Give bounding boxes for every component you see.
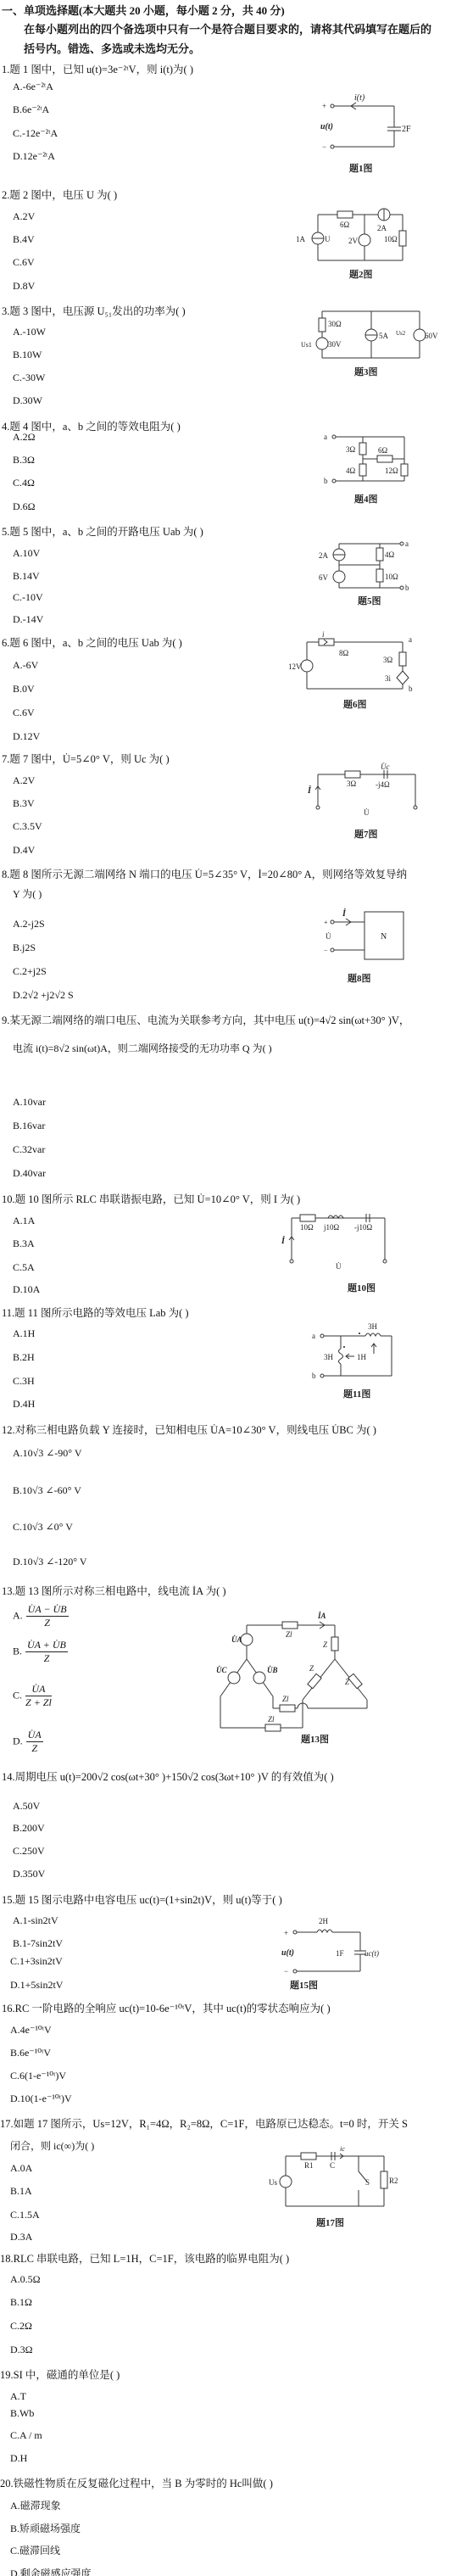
- question-17-option-d[interactable]: D.3A: [10, 2231, 32, 2244]
- svg-text:4Ω: 4Ω: [385, 550, 395, 559]
- question-18-option-a[interactable]: A.0.5Ω: [10, 2273, 41, 2286]
- figure-8-circuit: İ +− U̇N: [320, 909, 414, 960]
- section-instruction-2: 括号内。错选、多选或未选均无分。: [24, 40, 200, 56]
- svg-text:1F: 1F: [336, 1949, 344, 1958]
- option-label: D.: [13, 1735, 23, 1746]
- question-13-stem: 13.题 13 图所示对称三相电路中，线电流 İA 为( ): [2, 1583, 226, 1598]
- svg-text:İ: İ: [342, 908, 347, 919]
- svg-text:U̇: U̇: [336, 1262, 342, 1271]
- question-3-stem: 3.题 3 图中，电压源 U₅₁发出的功率为( ): [2, 303, 186, 318]
- question-8-stem-line-2: Y 为( ): [13, 886, 42, 901]
- fraction-numerator: U̇A: [25, 1683, 52, 1696]
- svg-text:10Ω: 10Ω: [384, 235, 398, 243]
- figure-11-circuit: ab 3H3H 1H: [312, 1323, 405, 1383]
- svg-text:60V: 60V: [425, 332, 438, 340]
- svg-text:−: −: [324, 947, 328, 954]
- question-16-option-b[interactable]: B.6e⁻¹⁰ᵗV: [10, 2047, 51, 2059]
- question-15-stem: 15.题 15 图示电路中电容电压 uc(t)=(1+sin2t)V，则 u(t…: [2, 1891, 282, 1907]
- svg-text:U̇: U̇: [364, 808, 370, 817]
- svg-text:3Ω: 3Ω: [383, 656, 393, 664]
- figure-15-caption: 题15图: [290, 1978, 318, 1992]
- question-13-option-c[interactable]: C.U̇AZ + Zl: [13, 1683, 52, 1709]
- svg-text:+: +: [324, 919, 328, 926]
- svg-text:-j10Ω: -j10Ω: [354, 1223, 372, 1232]
- svg-text:30Ω: 30Ω: [328, 320, 342, 328]
- svg-text:a: a: [312, 1332, 315, 1340]
- svg-text:2A: 2A: [319, 551, 329, 560]
- question-18-option-b[interactable]: B.1Ω: [10, 2296, 32, 2309]
- question-12-option-c[interactable]: C.10√3 ∠0° V: [13, 1521, 73, 1534]
- svg-text:a: a: [409, 635, 412, 644]
- question-11-option-d[interactable]: D.4H: [13, 1398, 35, 1411]
- svg-text:3Ω: 3Ω: [346, 445, 356, 454]
- figure-1-caption: 题1图: [349, 161, 373, 175]
- figure-5-caption: 题5图: [358, 594, 381, 607]
- svg-text:b: b: [405, 584, 409, 592]
- svg-text:−: −: [284, 1967, 288, 1975]
- svg-text:8Ω: 8Ω: [339, 649, 349, 657]
- question-3-option-b[interactable]: B.10W: [13, 349, 42, 361]
- svg-text:−: −: [322, 142, 326, 151]
- svg-text:2A: 2A: [377, 224, 387, 232]
- question-15-option-a[interactable]: A.1-sin2tV: [13, 1914, 58, 1927]
- figure-4-circuit: ab 3Ω4Ω 6Ω12Ω: [324, 433, 417, 483]
- figure-17-circuit: R1C ic UsS R2: [267, 2153, 394, 2212]
- svg-text:i(t): i(t): [354, 93, 365, 103]
- svg-text:S: S: [365, 2178, 370, 2187]
- svg-text:R1: R1: [304, 2161, 314, 2170]
- question-15-option-b[interactable]: B.1-7sin2tV: [13, 1937, 63, 1950]
- question-18-option-c[interactable]: C.2Ω: [10, 2320, 32, 2333]
- fraction-numerator: U̇A + U̇B: [25, 1639, 68, 1652]
- question-12-option-a[interactable]: A.10√3 ∠-90° V: [13, 1447, 82, 1460]
- svg-text:C: C: [330, 2161, 335, 2170]
- question-20-option-b[interactable]: B.矫顽磁场强度: [10, 2521, 81, 2535]
- svg-text:a: a: [324, 433, 327, 441]
- svg-text:uc(t): uc(t): [364, 1949, 379, 1958]
- figure-8-caption: 题8图: [348, 971, 371, 985]
- question-8-stem: 8.题 8 图所示无源二端网络 N 端口的电压 U̇=5∠35° V，İ=20∠…: [2, 866, 407, 881]
- fraction-denominator: Z: [25, 1652, 68, 1665]
- svg-text:İ: İ: [281, 1236, 286, 1246]
- question-7-option-b[interactable]: B.3V: [13, 797, 35, 810]
- svg-text:2F: 2F: [402, 125, 411, 134]
- svg-text:3H: 3H: [324, 1353, 334, 1361]
- svg-text:R2: R2: [389, 2176, 398, 2185]
- question-14-option-a[interactable]: A.50V: [13, 1800, 40, 1813]
- question-7-option-c[interactable]: C.3.5V: [13, 820, 42, 833]
- question-9-stem: 9.某无源二端网络的端口电压、电流为关联参考方向，其中电压 u(t)=4√2 s…: [2, 1012, 409, 1027]
- question-16-option-a[interactable]: A.4e⁻¹⁰ᵗV: [10, 2024, 52, 2037]
- svg-text:İ: İ: [307, 785, 312, 796]
- svg-text:6V: 6V: [319, 573, 329, 582]
- question-2-option-c[interactable]: C.6V: [13, 256, 35, 269]
- question-3-option-a[interactable]: A.-10W: [13, 326, 46, 338]
- question-8-option-a[interactable]: A.2-j2S: [13, 918, 45, 930]
- question-19-option-a[interactable]: A.T: [10, 2390, 26, 2403]
- question-7-stem: 7.题 7 图中，U̇=5∠0° V，则 Uc 为( ): [2, 751, 170, 766]
- svg-text:U: U: [325, 235, 331, 243]
- question-6-option-d[interactable]: D.12V: [13, 730, 40, 743]
- question-18-option-d[interactable]: D.3Ω: [10, 2344, 33, 2356]
- option-label: B.: [13, 1645, 22, 1657]
- figure-13-caption: 题13图: [301, 1732, 329, 1746]
- question-5-option-c[interactable]: C.-10V: [13, 591, 43, 604]
- svg-text:i: i: [322, 630, 325, 639]
- svg-text:5A: 5A: [379, 332, 389, 340]
- question-11-option-b[interactable]: B.2H: [13, 1351, 35, 1364]
- section-instruction-1: 在每小题列出的四个备选项中只有一个是符合题目要求的，请将其代码填写在题后的: [24, 20, 431, 36]
- svg-text:Z: Z: [309, 1664, 314, 1673]
- question-2-option-d[interactable]: D.8V: [13, 280, 35, 293]
- svg-text:ic: ic: [340, 2145, 345, 2153]
- figure-13-circuit: İA Zl U̇A Z U̇C U̇B Z Z Zl Zl: [216, 1612, 403, 1730]
- svg-text:Us1: Us1: [301, 341, 312, 349]
- fraction-numerator: U̇A − U̇B: [26, 1603, 69, 1617]
- question-3-option-c[interactable]: C.-30W: [13, 372, 45, 384]
- svg-text:b: b: [409, 685, 413, 693]
- question-13-option-b[interactable]: B.U̇A + U̇BZ: [13, 1639, 68, 1665]
- question-5-option-a[interactable]: A.10V: [13, 547, 40, 560]
- question-12-option-b[interactable]: B.10√3 ∠-60° V: [13, 1484, 81, 1497]
- question-15-option-d[interactable]: D.1+5sin2tV: [10, 1979, 63, 1992]
- question-11-option-c[interactable]: C.3H: [13, 1375, 35, 1388]
- svg-text:u(t): u(t): [320, 122, 333, 131]
- svg-text:Z: Z: [323, 1640, 328, 1649]
- question-9-stem-line-2: 电流 i(t)=8√2 sin(ωt)A，则二端网络接受的无功功率 Q 为( ): [13, 1041, 272, 1055]
- question-18-stem: 18.RLC 串联电路，已知 L=1H，C=1F，该电路的临界电阻为( ): [0, 2250, 289, 2266]
- question-1-option-b[interactable]: B.6e⁻²ᵗA: [13, 103, 49, 116]
- question-2-option-b[interactable]: B.4V: [13, 233, 35, 246]
- question-2-stem: 2.题 2 图中，电压 U 为( ): [2, 187, 117, 202]
- question-4-option-a[interactable]: A.2Ω: [13, 431, 36, 444]
- question-11-stem: 11.题 11 图所示电路的等效电压 Lab 为( ): [2, 1305, 189, 1320]
- svg-text:U̇B: U̇B: [267, 1666, 278, 1674]
- question-1-option-a[interactable]: A.-6e⁻²ᵗA: [13, 81, 53, 93]
- svg-text:1A: 1A: [296, 235, 306, 243]
- figure-3-caption: 题3图: [354, 365, 378, 378]
- fraction-denominator: Z + Zl: [25, 1696, 52, 1709]
- question-17-stem: 17.如题 17 图所示，Us=12V，R₁=4Ω，R₂=8Ω，C=1F，电路原…: [0, 2115, 408, 2131]
- question-15-option-c[interactable]: C.1+3sin2tV: [10, 1955, 63, 1968]
- question-6-option-a[interactable]: A.-6V: [13, 659, 38, 672]
- figure-2-circuit: 1AU 6Ω2V 2A10Ω: [292, 208, 428, 267]
- svg-text:Us: Us: [269, 2178, 277, 2187]
- question-8-option-d[interactable]: D.2√2 +j2√2 S: [13, 989, 74, 1002]
- question-14-option-c[interactable]: C.250V: [13, 1845, 45, 1858]
- question-20-stem: 20.铁磁性物质在反复磁化过程中，当 B 为零时的 Hc叫做( ): [0, 2475, 273, 2490]
- svg-text:U̇A: U̇A: [231, 1635, 242, 1644]
- question-7-option-a[interactable]: A.2V: [13, 774, 35, 787]
- svg-text:3Ω: 3Ω: [347, 780, 357, 788]
- svg-text:b: b: [312, 1372, 316, 1380]
- question-9-option-d[interactable]: D.40var: [13, 1167, 46, 1180]
- svg-text:+: +: [284, 1929, 288, 1937]
- question-5-option-d[interactable]: D.-14V: [13, 613, 43, 626]
- question-17-option-b[interactable]: B.1A: [10, 2185, 32, 2198]
- question-1-option-d[interactable]: D.12e⁻²ᵗA: [13, 150, 55, 163]
- svg-text:10Ω: 10Ω: [385, 573, 398, 581]
- question-19-option-b[interactable]: B.Wb: [10, 2407, 34, 2420]
- question-17-option-a[interactable]: A.0A: [10, 2162, 32, 2175]
- question-8-option-c[interactable]: C.2+j2S: [13, 965, 47, 978]
- question-1-option-c[interactable]: C.-12e⁻²ᵗA: [13, 127, 58, 140]
- svg-text:3H: 3H: [368, 1322, 378, 1331]
- question-14-option-b[interactable]: B.200V: [13, 1822, 45, 1835]
- svg-text:2V: 2V: [348, 237, 359, 245]
- question-10-option-a[interactable]: A.1A: [13, 1215, 35, 1227]
- svg-text:-j4Ω: -j4Ω: [376, 780, 390, 789]
- question-8-option-b[interactable]: B.j2S: [13, 942, 36, 954]
- question-20-option-a[interactable]: A.磁滞现象: [10, 2498, 61, 2512]
- svg-text:6Ω: 6Ω: [340, 221, 350, 229]
- figure-11-caption: 题11图: [343, 1387, 370, 1400]
- question-10-option-c[interactable]: C.5A: [13, 1261, 35, 1274]
- question-1-stem: 1.题 1 图中，已知 u(t)=3e⁻²ᵗV，则 i(t)为( ): [2, 61, 193, 76]
- question-6-option-c[interactable]: C.6V: [13, 707, 35, 719]
- question-10-option-d[interactable]: D.10A: [13, 1283, 40, 1296]
- svg-text:12V: 12V: [288, 662, 302, 671]
- question-19-stem: 19.SI 中，磁通的单位是( ): [0, 2366, 120, 2382]
- figure-10-circuit: İ 10Ωj10Ω -j10ΩU̇: [281, 1213, 426, 1272]
- svg-text:Us2: Us2: [396, 330, 406, 337]
- svg-text:a: a: [405, 539, 409, 548]
- svg-text:1H: 1H: [357, 1353, 367, 1361]
- svg-text:İA: İA: [317, 1612, 326, 1620]
- svg-text:Zl: Zl: [286, 1630, 292, 1639]
- question-16-option-c[interactable]: C.6(1-e⁻¹⁰ᵗ)V: [10, 2070, 66, 2082]
- svg-text:b: b: [324, 477, 328, 485]
- question-19-option-c[interactable]: C.A / m: [10, 2429, 42, 2442]
- question-14-stem: 14.周期电压 u(t)=200√2 cos(ωt+30° )+150√2 co…: [2, 1769, 334, 1784]
- question-14-option-d[interactable]: D.350V: [13, 1868, 45, 1880]
- figure-1-circuit: +− i(t) u(t) 2F: [297, 93, 415, 161]
- question-12-option-d[interactable]: D.10√3 ∠-120° V: [13, 1556, 87, 1568]
- question-10-option-b[interactable]: B.3A: [13, 1238, 35, 1250]
- svg-text:Zl: Zl: [268, 1715, 275, 1724]
- fraction-numerator: U̇A: [26, 1729, 43, 1742]
- svg-text:2H: 2H: [319, 1917, 329, 1925]
- figure-7-circuit: İ 3ΩU̇c -j4ΩU̇: [301, 768, 428, 827]
- question-4-option-b[interactable]: B.3Ω: [13, 454, 35, 467]
- question-19-option-d[interactable]: D.H: [10, 2452, 27, 2465]
- svg-text:10Ω: 10Ω: [300, 1223, 314, 1232]
- svg-text:Zl: Zl: [282, 1695, 289, 1703]
- fraction-denominator: Z: [26, 1742, 43, 1755]
- figure-2-caption: 题2图: [349, 267, 373, 281]
- fraction-denominator: Z: [26, 1617, 69, 1629]
- svg-text:3i: 3i: [385, 674, 392, 683]
- question-9-option-a[interactable]: A.10var: [13, 1096, 46, 1109]
- question-13-option-a[interactable]: A.U̇A − U̇BZ: [13, 1603, 69, 1629]
- question-6-option-b[interactable]: B.0V: [13, 683, 35, 696]
- figure-17-caption: 题17图: [316, 2216, 344, 2229]
- question-13-option-d[interactable]: D.U̇AZ: [13, 1729, 43, 1755]
- svg-text:j10Ω: j10Ω: [323, 1223, 340, 1232]
- question-17-stem-line-2: 闭合，则 ic(∞)为( ): [10, 2138, 94, 2153]
- figure-6-caption: 题6图: [343, 697, 367, 711]
- question-6-stem: 6.题 6 图中，a、b 之间的电压 Uab 为( ): [2, 634, 182, 650]
- svg-text:u(t): u(t): [281, 1948, 294, 1958]
- svg-text:+: +: [322, 102, 326, 110]
- question-12-stem: 12.对称三相电路负载 Y 连接时，已知相电压 U̇A=10∠30° V，则线电…: [2, 1422, 376, 1437]
- option-label: A.: [13, 1609, 23, 1621]
- svg-text:6Ω: 6Ω: [378, 446, 388, 455]
- figure-15-circuit: +− 2H u(t) 1F uc(t): [280, 1917, 390, 1976]
- figure-7-caption: 题7图: [354, 827, 378, 841]
- figure-10-caption: 题10图: [348, 1281, 376, 1294]
- figure-5-circuit: 2A6V 4Ω10Ω ab: [315, 541, 426, 592]
- figure-3-circuit: 30ΩUs1 30V5A Us260V: [301, 310, 445, 360]
- question-20-option-c[interactable]: C.磁滞回线: [10, 2543, 60, 2557]
- question-2-option-a[interactable]: A.2V: [13, 210, 35, 223]
- question-17-option-c[interactable]: C.1.5A: [10, 2209, 40, 2221]
- question-4-option-d[interactable]: D.6Ω: [13, 500, 36, 513]
- question-11-option-a[interactable]: A.1H: [13, 1327, 35, 1340]
- question-7-option-d[interactable]: D.4V: [13, 844, 35, 857]
- question-16-option-d[interactable]: D.10(1-e⁻¹⁰ᵗ)V: [10, 2093, 72, 2105]
- question-10-stem: 10.题 10 图所示 RLC 串联谐振电路，已知 U̇=10∠0° V，则 I…: [2, 1191, 300, 1206]
- svg-text:N: N: [381, 932, 387, 942]
- question-5-option-b[interactable]: B.14V: [13, 570, 40, 583]
- svg-text:U̇c: U̇c: [381, 763, 390, 771]
- question-5-stem: 5.题 5 图中，a、b 之间的开路电压 Uab 为( ): [2, 523, 203, 539]
- question-16-stem: 16.RC 一阶电路的全响应 uc(t)=10-6e⁻¹⁰ᵗV，其中 uc(t)…: [2, 2000, 331, 2015]
- section-title: 一、单项选择题(本大题共 20 小题，每小题 2 分，共 40 分): [2, 2, 285, 18]
- svg-text:30V: 30V: [328, 340, 342, 349]
- option-label: C.: [13, 1689, 22, 1701]
- question-9-option-b[interactable]: B.16var: [13, 1120, 45, 1132]
- figure-6-circuit: i 8Ωa 3Ω12V 3ib: [280, 632, 424, 691]
- svg-text:4Ω: 4Ω: [346, 467, 356, 475]
- svg-text:12Ω: 12Ω: [385, 467, 398, 475]
- question-20-option-d[interactable]: D.剩余磁感应强度: [10, 2566, 92, 2576]
- svg-text:U̇: U̇: [326, 932, 331, 941]
- question-9-option-c[interactable]: C.32var: [13, 1143, 45, 1156]
- svg-text:U̇C: U̇C: [216, 1666, 227, 1674]
- figure-4-caption: 题4图: [354, 492, 378, 506]
- question-4-option-c[interactable]: C.4Ω: [13, 477, 35, 489]
- question-3-option-d[interactable]: D.30W: [13, 394, 42, 407]
